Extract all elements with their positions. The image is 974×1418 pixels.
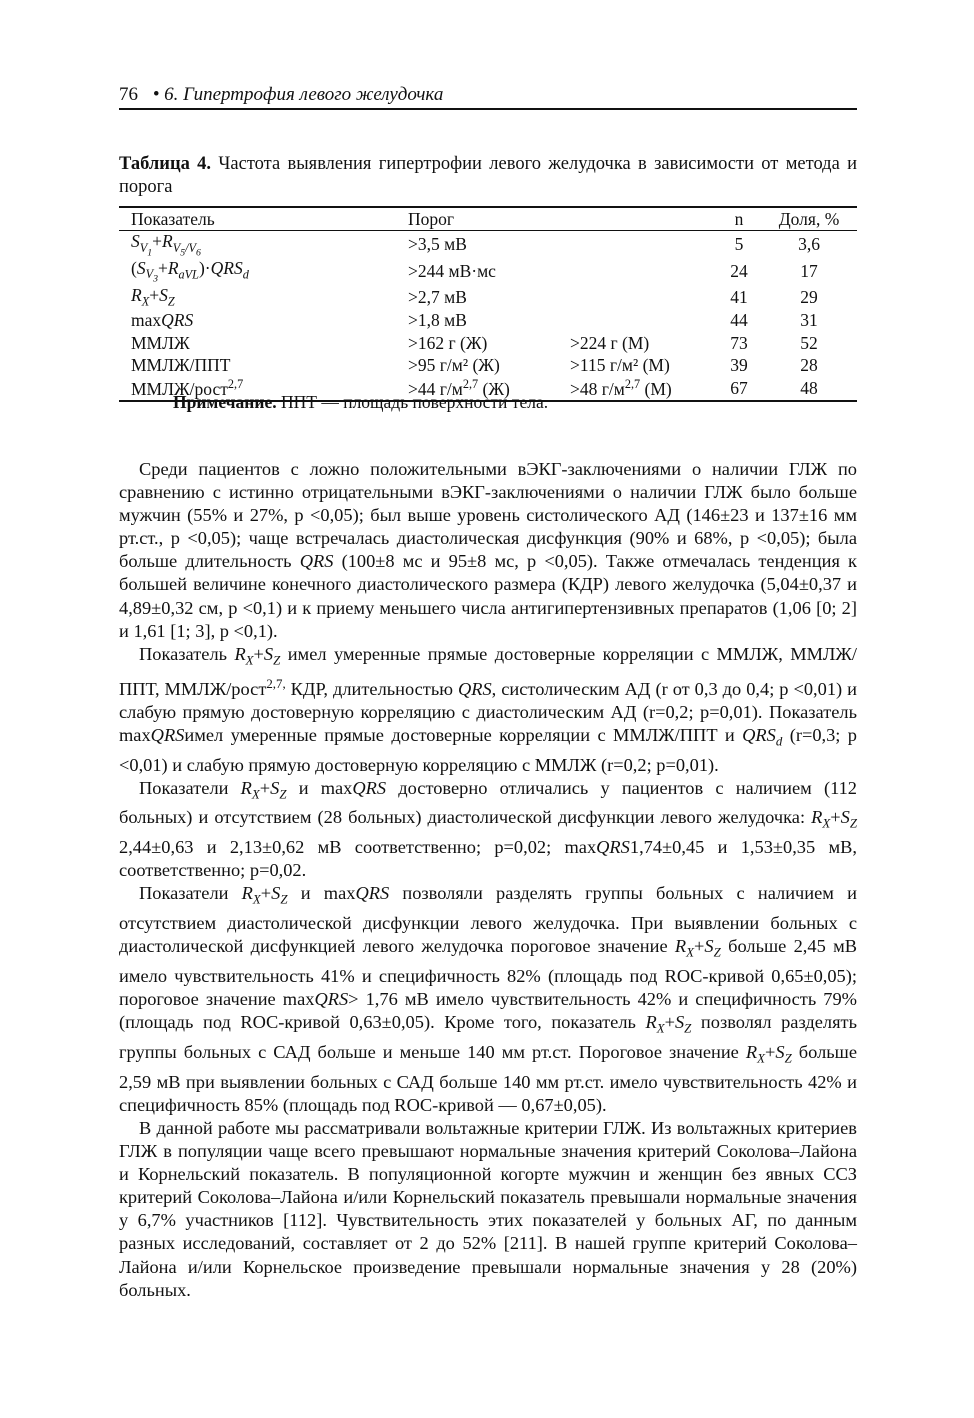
- cell-n: 24: [709, 258, 769, 285]
- cell-n: 44: [709, 309, 769, 332]
- cell-threshold-f: >244 мВ·мс: [396, 258, 558, 285]
- table-note: Примечание. ППТ — площадь поверхности те…: [173, 392, 548, 413]
- chapter-title: • 6. Гипертрофия левого желудочка: [153, 84, 444, 105]
- col-header-indicator: Показатель: [119, 207, 396, 231]
- bullet: •: [153, 84, 160, 105]
- cell-threshold-f: >162 г (Ж): [396, 332, 558, 355]
- cell-share: 17: [769, 258, 857, 285]
- cell-indicator: ММЛЖ/ППТ: [119, 355, 396, 378]
- cell-share: 28: [769, 355, 857, 378]
- col-header-threshold-m: [558, 207, 709, 231]
- cell-share: 29: [769, 285, 857, 310]
- cell-n: 41: [709, 285, 769, 310]
- cell-threshold-m: [558, 309, 709, 332]
- table-caption: Таблица 4. Частота выявления гипертрофии…: [119, 153, 857, 199]
- table-row: maxQRS>1,8 мВ4431: [119, 309, 857, 332]
- data-table: Показатель Порог n Доля, % SV1+RV5/V6>3,…: [119, 206, 857, 402]
- running-head: 76 • 6. Гипертрофия левого желудочка: [119, 84, 857, 106]
- table-row: ММЛЖ/ППТ>95 г/м² (Ж)>115 г/м² (М)3928: [119, 355, 857, 378]
- col-header-n: n: [709, 207, 769, 231]
- paragraph: В данной работе мы рассматривали вольтаж…: [119, 1117, 857, 1302]
- cell-threshold-f: >95 г/м² (Ж): [396, 355, 558, 378]
- cell-threshold-m: [558, 285, 709, 310]
- table-row: (SV3+RaVL)·QRSd>244 мВ·мс2417: [119, 258, 857, 285]
- cell-threshold-m: >48 г/м2,7 (М): [558, 377, 709, 401]
- paragraph: Показатели RX+SZ и maxQRS достоверно отл…: [119, 777, 857, 883]
- table-row: SV1+RV5/V6>3,5 мВ53,6: [119, 231, 857, 258]
- col-header-threshold: Порог: [396, 207, 558, 231]
- cell-n: 5: [709, 231, 769, 258]
- cell-indicator: RX+SZ: [119, 285, 396, 310]
- header-rule: [119, 108, 857, 110]
- body-text: Среди пациентов с ложно положительными в…: [119, 458, 857, 1302]
- cell-indicator: ММЛЖ: [119, 332, 396, 355]
- note-label: Примечание.: [173, 392, 277, 412]
- cell-threshold-f: >3,5 мВ: [396, 231, 558, 258]
- table-row: ММЛЖ>162 г (Ж)>224 г (М)7352: [119, 332, 857, 355]
- table-caption-text: Частота выявления гипертрофии левого жел…: [119, 154, 857, 197]
- cell-share: 31: [769, 309, 857, 332]
- table-header-row: Показатель Порог n Доля, %: [119, 207, 857, 231]
- cell-indicator: SV1+RV5/V6: [119, 231, 396, 258]
- cell-share: 3,6: [769, 231, 857, 258]
- paragraph: Показатели RX+SZ и maxQRS позволяли разд…: [119, 882, 857, 1117]
- cell-n: 39: [709, 355, 769, 378]
- cell-indicator: (SV3+RaVL)·QRSd: [119, 258, 396, 285]
- cell-threshold-m: [558, 231, 709, 258]
- cell-n: 67: [709, 377, 769, 401]
- cell-share: 52: [769, 332, 857, 355]
- cell-n: 73: [709, 332, 769, 355]
- cell-share: 48: [769, 377, 857, 401]
- table-caption-label: Таблица 4.: [119, 154, 211, 174]
- cell-threshold-m: >115 г/м² (М): [558, 355, 709, 378]
- chapter-title-text: 6. Гипертрофия левого желудочка: [164, 84, 443, 105]
- cell-threshold-m: [558, 258, 709, 285]
- col-header-share: Доля, %: [769, 207, 857, 231]
- paragraph: Показатель RX+SZ имел умеренные прямые д…: [119, 643, 857, 777]
- cell-threshold-f: >1,8 мВ: [396, 309, 558, 332]
- cell-threshold-m: >224 г (М): [558, 332, 709, 355]
- paragraph: Среди пациентов с ложно положительными в…: [119, 458, 857, 643]
- page-number: 76: [119, 84, 138, 105]
- table-row: RX+SZ>2,7 мВ4129: [119, 285, 857, 310]
- cell-indicator: maxQRS: [119, 309, 396, 332]
- cell-threshold-f: >2,7 мВ: [396, 285, 558, 310]
- note-text: ППТ — площадь поверхности тела.: [281, 392, 548, 412]
